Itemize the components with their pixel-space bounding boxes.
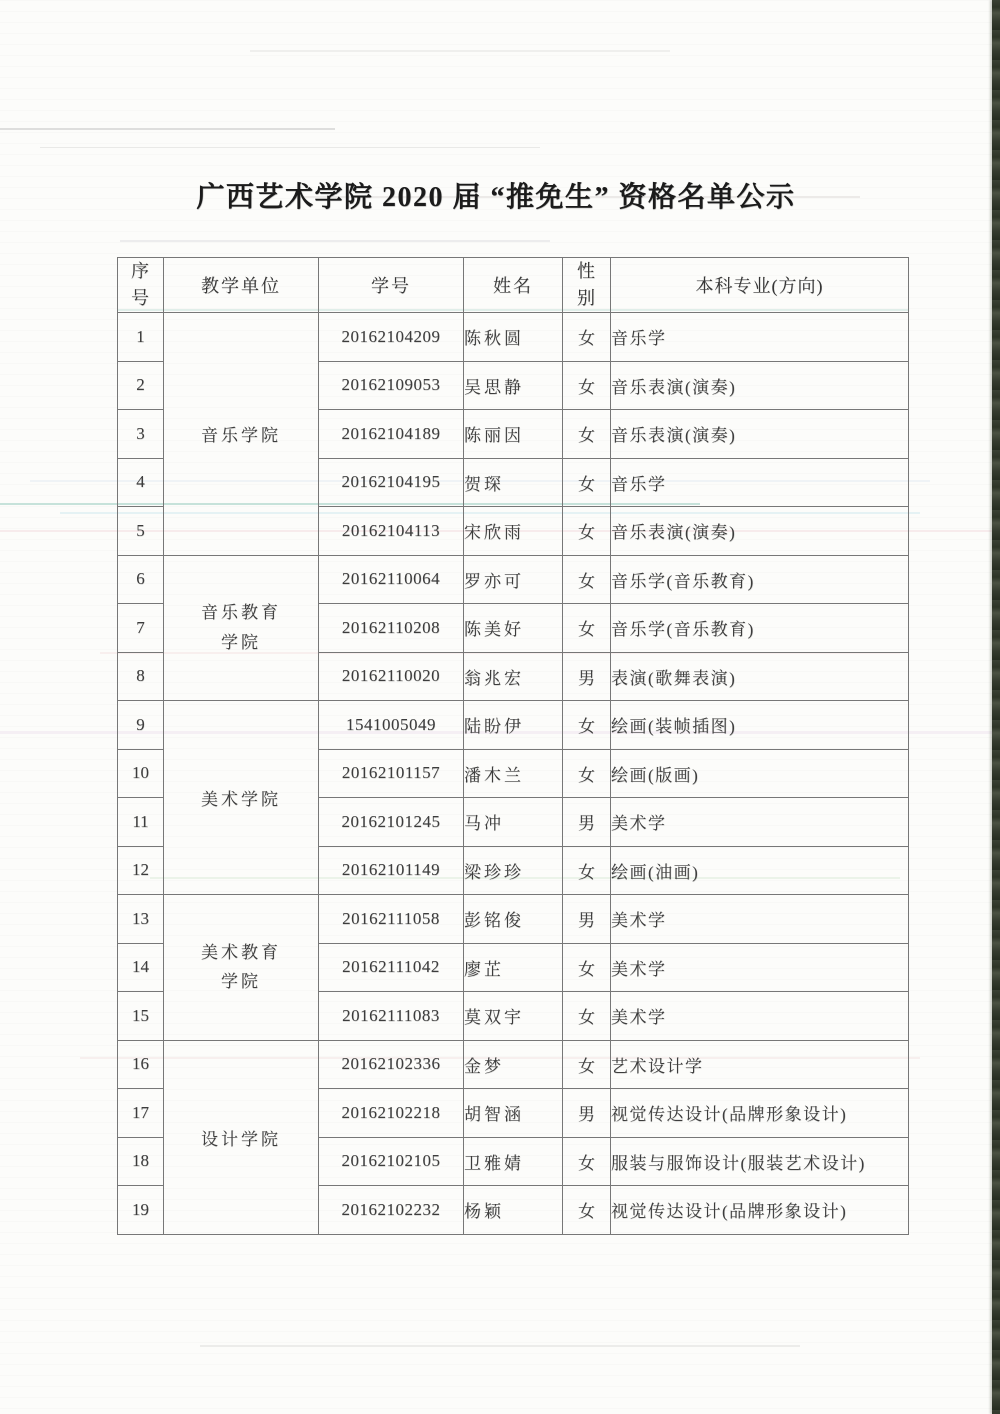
header-gender-label: 性别 xyxy=(577,258,596,312)
cell-student-id: 20162104209 xyxy=(319,313,464,362)
scan-streak xyxy=(200,1345,800,1347)
cell-no: 18 xyxy=(118,1137,164,1186)
table-row: 6音乐教育学院20162110064罗亦可女音乐学(音乐教育) xyxy=(118,555,909,604)
unit-label: 美术教育学院 xyxy=(198,938,284,998)
cell-gender: 女 xyxy=(563,313,611,362)
unit-label: 音乐学院 xyxy=(201,426,281,445)
cell-no: 2 xyxy=(118,361,164,410)
cell-student-id: 20162101245 xyxy=(319,798,464,847)
cell-no: 17 xyxy=(118,1089,164,1138)
cell-no: 5 xyxy=(118,507,164,556)
cell-major: 绘画(油画) xyxy=(611,846,909,895)
scanned-document-page: { "page": { "title": "广西艺术学院 2020 届 “推免生… xyxy=(0,0,1000,1414)
header-major-label: 本科专业(方向) xyxy=(696,276,824,296)
cell-gender: 男 xyxy=(563,1089,611,1138)
cell-no: 14 xyxy=(118,943,164,992)
cell-unit: 美术学院 xyxy=(164,701,319,895)
header-unit: 教学单位 xyxy=(164,258,319,313)
table-row: 1音乐学院20162104209陈秋圆女音乐学 xyxy=(118,313,909,362)
cell-major: 美术学 xyxy=(611,943,909,992)
cell-no: 11 xyxy=(118,798,164,847)
cell-unit: 设计学院 xyxy=(164,1040,319,1234)
cell-major: 音乐表演(演奏) xyxy=(611,507,909,556)
scan-streak xyxy=(0,128,335,130)
cell-name: 陈秋圆 xyxy=(464,313,563,362)
cell-major: 音乐学 xyxy=(611,458,909,507)
cell-major: 音乐学(音乐教育) xyxy=(611,555,909,604)
header-name-label: 姓名 xyxy=(493,276,533,296)
cell-name: 陈美好 xyxy=(464,604,563,653)
cell-gender: 女 xyxy=(563,1186,611,1235)
cell-major: 音乐表演(演奏) xyxy=(611,410,909,459)
cell-no: 7 xyxy=(118,604,164,653)
cell-gender: 女 xyxy=(563,361,611,410)
cell-name: 罗亦可 xyxy=(464,555,563,604)
header-student-id: 学号 xyxy=(319,258,464,313)
cell-name: 廖芷 xyxy=(464,943,563,992)
cell-name: 杨颖 xyxy=(464,1186,563,1235)
scan-streak xyxy=(250,50,670,52)
cell-student-id: 20162102105 xyxy=(319,1137,464,1186)
cell-student-id: 20162109053 xyxy=(319,361,464,410)
cell-student-id: 20162101149 xyxy=(319,846,464,895)
header-no-label: 序号 xyxy=(131,258,150,312)
cell-major: 服装与服饰设计(服装艺术设计) xyxy=(611,1137,909,1186)
header-major: 本科专业(方向) xyxy=(611,258,909,313)
cell-gender: 男 xyxy=(563,798,611,847)
cell-student-id: 20162104189 xyxy=(319,410,464,459)
cell-name: 吴思静 xyxy=(464,361,563,410)
unit-label: 美术学院 xyxy=(201,790,281,809)
cell-major: 视觉传达设计(品牌形象设计) xyxy=(611,1089,909,1138)
cell-name: 宋欣雨 xyxy=(464,507,563,556)
cell-student-id: 20162102218 xyxy=(319,1089,464,1138)
cell-student-id: 20162111042 xyxy=(319,943,464,992)
cell-unit: 音乐学院 xyxy=(164,313,319,556)
cell-major: 绘画(版画) xyxy=(611,749,909,798)
cell-name: 胡智涵 xyxy=(464,1089,563,1138)
cell-gender: 女 xyxy=(563,846,611,895)
cell-major: 美术学 xyxy=(611,798,909,847)
cell-no: 12 xyxy=(118,846,164,895)
cell-student-id: 20162110020 xyxy=(319,652,464,701)
cell-gender: 男 xyxy=(563,652,611,701)
cell-gender: 女 xyxy=(563,1040,611,1089)
cell-gender: 女 xyxy=(563,749,611,798)
cell-major: 音乐表演(演奏) xyxy=(611,361,909,410)
cell-name: 金梦 xyxy=(464,1040,563,1089)
cell-no: 4 xyxy=(118,458,164,507)
cell-no: 10 xyxy=(118,749,164,798)
cell-gender: 女 xyxy=(563,1137,611,1186)
cell-student-id: 20162102232 xyxy=(319,1186,464,1235)
header-gender: 性别 xyxy=(563,258,611,313)
cell-no: 16 xyxy=(118,1040,164,1089)
cell-name: 梁珍珍 xyxy=(464,846,563,895)
cell-major: 艺术设计学 xyxy=(611,1040,909,1089)
cell-student-id: 20162110064 xyxy=(319,555,464,604)
cell-gender: 女 xyxy=(563,507,611,556)
cell-no: 19 xyxy=(118,1186,164,1235)
cell-major: 美术学 xyxy=(611,992,909,1041)
cell-name: 贺琛 xyxy=(464,458,563,507)
cell-student-id: 1541005049 xyxy=(319,701,464,750)
cell-major: 视觉传达设计(品牌形象设计) xyxy=(611,1186,909,1235)
cell-name: 彭铭俊 xyxy=(464,895,563,944)
header-unit-label: 教学单位 xyxy=(201,276,281,296)
roster-table-header: 序号 教学单位 学号 姓名 性别 本科专业(方向) xyxy=(118,258,909,313)
cell-name: 潘木兰 xyxy=(464,749,563,798)
cell-student-id: 20162111058 xyxy=(319,895,464,944)
roster-table: 序号 教学单位 学号 姓名 性别 本科专业(方向) 1音乐学院201621042… xyxy=(117,257,909,1235)
cell-major: 表演(歌舞表演) xyxy=(611,652,909,701)
cell-student-id: 20162111083 xyxy=(319,992,464,1041)
scan-streak xyxy=(40,147,540,148)
cell-no: 15 xyxy=(118,992,164,1041)
cell-name: 陈丽因 xyxy=(464,410,563,459)
unit-label: 设计学院 xyxy=(201,1130,281,1149)
table-row: 16设计学院20162102336金梦女艺术设计学 xyxy=(118,1040,909,1089)
table-row: 9美术学院1541005049陆盼伊女绘画(装帧插图) xyxy=(118,701,909,750)
header-name: 姓名 xyxy=(464,258,563,313)
scanner-edge-band xyxy=(992,0,1000,1414)
cell-major: 美术学 xyxy=(611,895,909,944)
cell-no: 9 xyxy=(118,701,164,750)
cell-gender: 女 xyxy=(563,701,611,750)
cell-name: 陆盼伊 xyxy=(464,701,563,750)
cell-unit: 美术教育学院 xyxy=(164,895,319,1041)
header-student-id-label: 学号 xyxy=(371,276,411,296)
cell-student-id: 20162110208 xyxy=(319,604,464,653)
cell-gender: 女 xyxy=(563,458,611,507)
cell-student-id: 20162104195 xyxy=(319,458,464,507)
cell-gender: 女 xyxy=(563,410,611,459)
header-row: 序号 教学单位 学号 姓名 性别 本科专业(方向) xyxy=(118,258,909,313)
scan-streak xyxy=(120,240,550,242)
header-no: 序号 xyxy=(118,258,164,313)
cell-no: 6 xyxy=(118,555,164,604)
cell-major: 音乐学(音乐教育) xyxy=(611,604,909,653)
cell-major: 音乐学 xyxy=(611,313,909,362)
cell-no: 1 xyxy=(118,313,164,362)
table-row: 13美术教育学院20162111058彭铭俊男美术学 xyxy=(118,895,909,944)
cell-name: 卫雅婧 xyxy=(464,1137,563,1186)
cell-gender: 女 xyxy=(563,943,611,992)
cell-name: 翁兆宏 xyxy=(464,652,563,701)
cell-name: 马冲 xyxy=(464,798,563,847)
cell-gender: 女 xyxy=(563,992,611,1041)
cell-student-id: 20162104113 xyxy=(319,507,464,556)
cell-student-id: 20162102336 xyxy=(319,1040,464,1089)
cell-gender: 男 xyxy=(563,895,611,944)
cell-major: 绘画(装帧插图) xyxy=(611,701,909,750)
cell-student-id: 20162101157 xyxy=(319,749,464,798)
cell-gender: 女 xyxy=(563,555,611,604)
cell-unit: 音乐教育学院 xyxy=(164,555,319,701)
cell-gender: 女 xyxy=(563,604,611,653)
page-title: 广西艺术学院 2020 届 “推免生” 资格名单公示 xyxy=(0,175,992,215)
cell-name: 莫双宇 xyxy=(464,992,563,1041)
cell-no: 13 xyxy=(118,895,164,944)
unit-label: 音乐教育学院 xyxy=(198,598,284,658)
cell-no: 3 xyxy=(118,410,164,459)
roster-table-body: 1音乐学院20162104209陈秋圆女音乐学220162109053吴思静女音… xyxy=(118,313,909,1235)
cell-no: 8 xyxy=(118,652,164,701)
